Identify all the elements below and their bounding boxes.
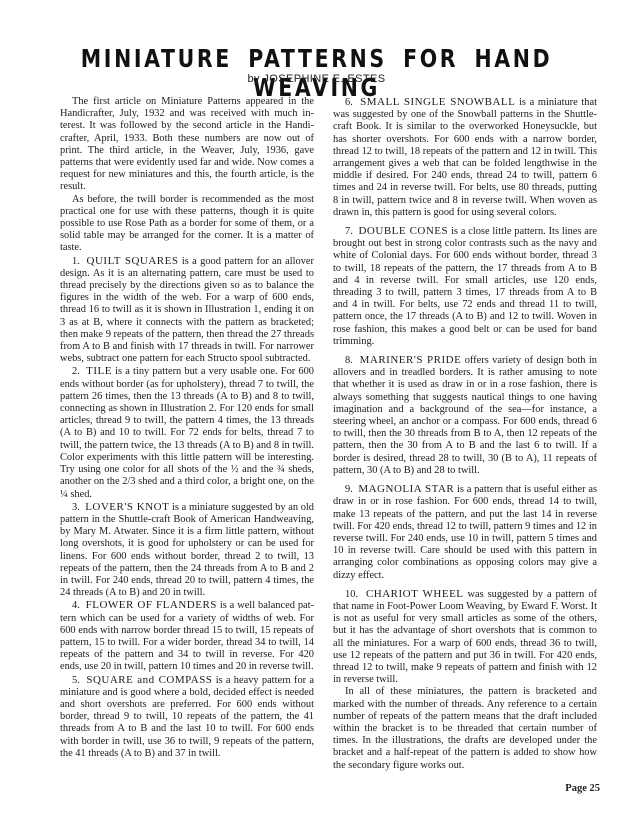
page-number: Page 25 [560, 783, 600, 794]
pattern-4-paragraph: 4. FLOWER OF FLANDERS is a well balanced… [60, 599, 314, 673]
pattern-name: FLOWER OF FLANDERS [86, 599, 217, 611]
pattern-description: is a pattern that is useful either as dr… [333, 484, 597, 580]
pattern-description: is a miniature suggested by an old patte… [60, 502, 314, 598]
pattern-description: is a miniature that was suggested by one… [333, 97, 597, 218]
pattern-description: offers variety of design both in allover… [333, 355, 597, 476]
pattern-description: is a close little pattern. Its lines are… [333, 226, 597, 347]
pattern-7-paragraph: 7. DOUBLE CONES is a close little patter… [333, 225, 597, 348]
pattern-1-paragraph: 1. QUILT SQUARES is a good pattern for a… [60, 255, 314, 366]
pattern-number: 8. [345, 355, 353, 366]
pattern-name: DOUBLE CONES [358, 225, 448, 237]
pattern-name: MARINER'S PRIDE [360, 354, 462, 366]
pattern-number: 6. [345, 97, 353, 108]
pattern-number: 4. [72, 600, 80, 611]
pattern-name: SMALL SINGLE SNOWBALL [360, 96, 515, 108]
pattern-name: CHARIOT WHEEL [366, 588, 464, 600]
pattern-description: is a good pattern for an allover design.… [60, 256, 314, 365]
pattern-number: 2. [72, 366, 80, 377]
intro-paragraph-2: As before, the twill border is recommend… [60, 194, 314, 255]
pattern-name: LOVER'S KNOT [85, 501, 169, 513]
left-column: The first article on Miniature Patterns … [60, 96, 314, 760]
article-byline: by JOSEPHINE E. ESTES [0, 73, 633, 85]
pattern-number: 9. [345, 484, 353, 495]
right-column: 6. SMALL SINGLE SNOWBALL is a miniature … [333, 96, 597, 772]
pattern-8-paragraph: 8. MARINER'S PRIDE offers variety of des… [333, 354, 597, 477]
closing-paragraph: In all of these miniatures, the pattern … [333, 686, 597, 771]
pattern-6-paragraph: 6. SMALL SINGLE SNOWBALL is a miniature … [333, 96, 597, 219]
pattern-name: MAGNOLIA STAR [358, 483, 454, 495]
pattern-description: is a heavy pattern for a miniature and i… [60, 675, 314, 759]
pattern-name: QUILT SQUARES [87, 255, 179, 267]
pattern-description: was suggested by a pattern of that name … [333, 589, 597, 685]
pattern-name: TILE [86, 365, 112, 377]
pattern-name: SQUARE and COMPASS [86, 674, 212, 686]
pattern-description: is a tiny pattern but a very usable one.… [60, 366, 314, 499]
pattern-number: 7. [345, 226, 353, 237]
pattern-number: 5. [72, 675, 80, 686]
pattern-5-paragraph: 5. SQUARE and COMPASS is a heavy pattern… [60, 674, 314, 760]
pattern-number: 1. [72, 256, 80, 267]
pattern-number: 10. [345, 589, 358, 600]
pattern-number: 3. [72, 502, 80, 513]
pattern-10-paragraph: 10. CHARIOT WHEEL was suggested by a pat… [333, 588, 597, 687]
pattern-3-paragraph: 3. LOVER'S KNOT is a miniature suggested… [60, 501, 314, 600]
pattern-2-paragraph: 2. TILE is a tiny pattern but a very usa… [60, 365, 314, 500]
pattern-9-paragraph: 9. MAGNOLIA STAR is a pattern that is us… [333, 483, 597, 582]
intro-paragraph-1: The first article on Miniature Patterns … [60, 96, 314, 194]
